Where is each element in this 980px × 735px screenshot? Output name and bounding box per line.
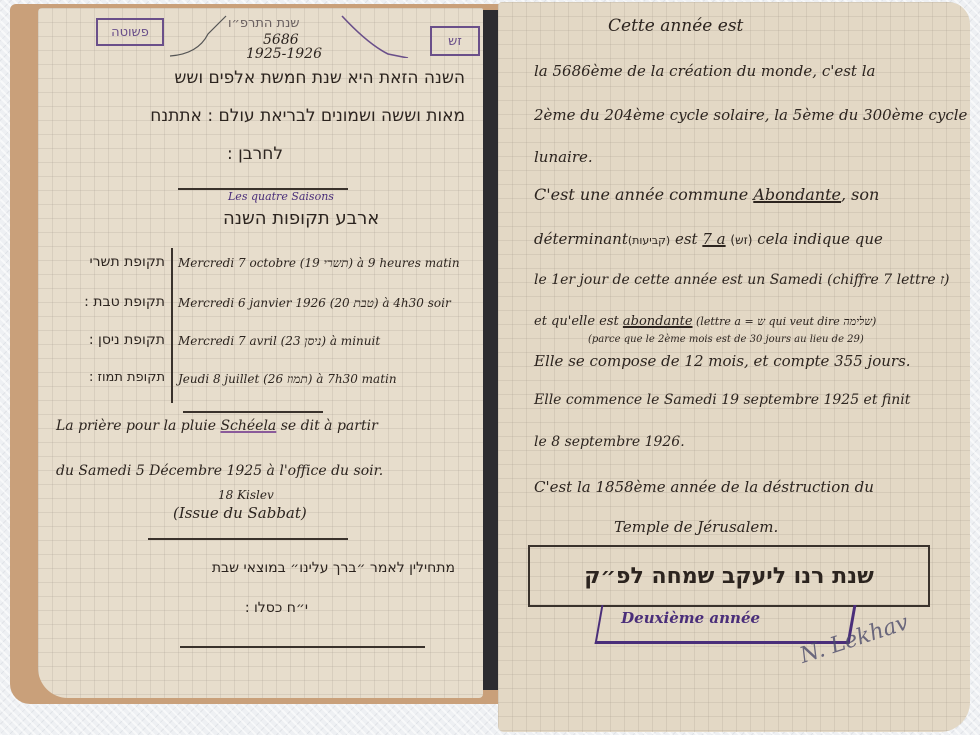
season-date: Mercredi 6 janvier 1926 (20 טבת) à 4h30 … [178, 296, 451, 311]
divider-rule [148, 538, 348, 540]
intro-hebrew-line-1: השנה הזאת היא שנת חמשת אלפים ושש [174, 68, 465, 88]
divider-rule [180, 646, 425, 648]
abondante-text: (lettre a = ש qui veut dire שלימה) [693, 315, 877, 328]
season-hebrew-name: תקופת טבת : [84, 294, 165, 310]
intro-hebrew-line-3: לחרבן : [227, 144, 283, 164]
season-date: Mercredi 7 octobre (19 תשרי) à 9 heures … [178, 256, 460, 271]
right-page: Cette année est la 5686ème de la créatio… [498, 2, 970, 732]
motto-text: שנת רנו ליעקב שמחה לפ״ק [584, 564, 874, 589]
lunar-line: lunaire. [534, 148, 593, 166]
abondante-note: (parce que le 2ème mois est de 30 jours … [588, 334, 864, 345]
season-hebrew-name: תקופת ניסן : [89, 332, 165, 348]
header-gregorian-years: 1925-1926 [246, 46, 322, 62]
header-hebrew-year: שנת התרפ״ו [228, 16, 300, 31]
determinant-code: 7 a [702, 230, 725, 248]
prayer-text: La prière pour la pluie [56, 418, 220, 434]
hebrew-footer-line-2: י״ח כסלו : [245, 600, 308, 616]
stamp-code: זש [430, 26, 480, 56]
determinant-code-hebrew: (זש) [730, 233, 752, 247]
temple-line: Temple de Jérusalem. [614, 518, 778, 536]
abundant-text: , son [841, 185, 879, 204]
abondante-word-underlined: abondante [623, 314, 693, 329]
months-line: Elle se compose de 12 mois, et compte 35… [534, 352, 911, 370]
season-date: Mercredi 7 avril (23 ניסן) à minuit [178, 334, 380, 349]
hebrew-footer-line-1: מתחילין לאמר ״ברך עלינו״ במוצאי שבת [212, 560, 455, 576]
season-date: Jeudi 8 juillet (26 תמוז) à 7h30 matin [178, 372, 397, 387]
determinant-hebrew: (קביעות) [628, 234, 670, 247]
divider-rule [183, 411, 323, 413]
season-hebrew-name: תקופת תמוז : [89, 370, 165, 385]
determinant-text: est [670, 230, 702, 248]
stamp-code-text: זש [448, 34, 462, 49]
abundant-word-underlined: Abondante [753, 185, 841, 204]
prayer-line-4-issue-sabbat: (Issue du Sabbat) [173, 504, 307, 522]
destruction-line: C'est la 1858ème année de la déstruction… [534, 478, 874, 496]
left-page: פשוטה זש שנת התרפ״ו 5686 1925-1926 השנה … [38, 8, 483, 698]
season-hebrew-name: תקופת תשרי [90, 254, 166, 270]
determinant-text: cela indique que [752, 230, 882, 248]
stamp-peshuta: פשוטה [96, 18, 164, 46]
ends-line: le 8 septembre 1926. [534, 434, 685, 450]
begins-line: Elle commence le Samedi 19 septembre 192… [534, 392, 910, 408]
abondante-text: et qu'elle est [534, 314, 623, 329]
creation-year-line: la 5686ème de la création du monde, c'es… [534, 62, 875, 80]
first-day-line: le 1er jour de cette année est un Samedi… [534, 272, 949, 289]
prayer-line-2: du Samedi 5 Décembre 1925 à l'office du … [56, 463, 383, 479]
seasons-title: ארבע תקופות השנה [223, 208, 379, 229]
determinant-text: déterminant [534, 230, 628, 248]
prayer-text: se dit à partir [276, 418, 377, 434]
decorative-flourish-right-icon [338, 14, 418, 58]
prayer-name-underlined: Schéela [220, 418, 276, 434]
determinant-line: déterminant(קביעות) est 7 a (זש) cela in… [534, 230, 883, 248]
cycle-line: 2ème du 204ème cycle solaire, la 5ème du… [534, 106, 967, 124]
abondante-line: et qu'elle est abondante (lettre a = ש q… [534, 314, 876, 329]
motto-box: שנת רנו ליעקב שמחה לפ״ק [528, 545, 930, 607]
right-page-title: Cette année est [608, 16, 743, 36]
prayer-line-3-kislev: 18 Kislev [218, 488, 274, 502]
prayer-line-1: La prière pour la pluie Schéela se dit à… [56, 418, 378, 434]
stamp-peshuta-text: פשוטה [111, 25, 149, 40]
abundant-text: C'est une année commune [534, 185, 753, 204]
seasons-table-divider [171, 248, 173, 403]
seasons-subtitle: Les quatre Saisons [228, 190, 334, 203]
year-stamp-text: Deuxième année [621, 609, 760, 627]
abundant-year-line: C'est une année commune Abondante, son [534, 185, 879, 204]
intro-hebrew-line-2: מאות וששה ושמונים לבריאת עולם : אתתנח [150, 106, 465, 126]
